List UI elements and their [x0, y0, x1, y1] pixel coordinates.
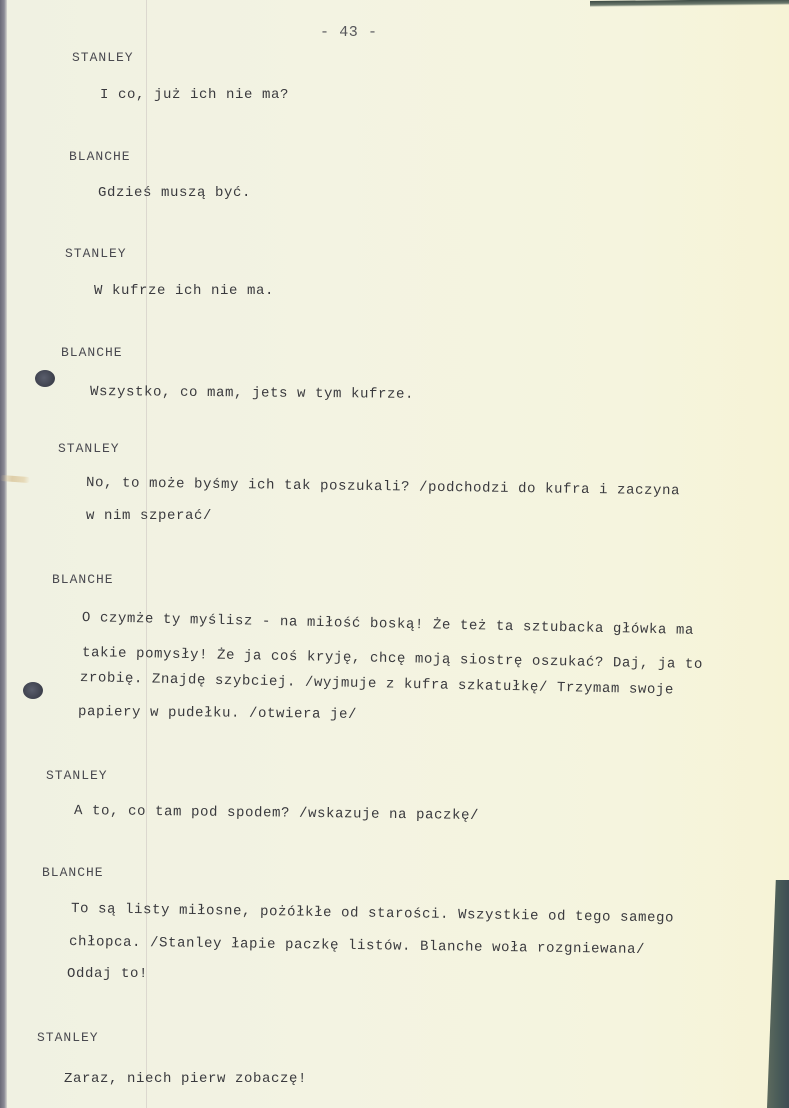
- dialogue-line: papiery w pudełku. /otwiera je/: [78, 704, 357, 723]
- speaker-name: STANLEY: [72, 50, 134, 65]
- speaker-name: BLANCHE: [69, 149, 131, 164]
- dialogue-line: A to, co tam pod spodem? /wskazuje na pa…: [74, 803, 479, 824]
- dialogue-line: Zaraz, niech pierw zobaczę!: [64, 1071, 307, 1087]
- dialogue-line: To są listy miłosne, pożółkłe od starośc…: [71, 901, 674, 926]
- page-number: - 43 -: [320, 24, 378, 41]
- dialogue-line: w nim szperać/: [86, 508, 212, 524]
- speaker-name: STANLEY: [46, 768, 108, 783]
- dialogue-line: I co, już ich nie ma?: [100, 87, 289, 103]
- punch-hole-icon: [23, 682, 43, 699]
- dialogue-line: No, to może byśmy ich tak poszukali? /po…: [86, 475, 680, 499]
- scan-top-edge: [590, 0, 789, 7]
- speaker-name: BLANCHE: [42, 865, 104, 880]
- dialogue-line: W kufrze ich nie ma.: [94, 283, 274, 299]
- speaker-name: STANLEY: [58, 441, 120, 456]
- dialogue-line: Gdzieś muszą być.: [98, 185, 251, 201]
- scan-right-edge: [767, 880, 789, 1108]
- punch-hole-icon: [35, 370, 55, 387]
- dialogue-line: zrobię. Znajdę szybciej. /wyjmuje z kufr…: [80, 670, 674, 698]
- scan-left-edge: [0, 0, 7, 1108]
- dialogue-line: O czymże ty myślisz - na miłość boską! Ż…: [82, 610, 694, 639]
- dialogue-line: Oddaj to!: [67, 966, 148, 982]
- dialogue-line: chłopca. /Stanley łapie paczkę listów. B…: [69, 934, 645, 958]
- dialogue-line: takie pomysły! Że ja coś kryję, chcę moj…: [82, 645, 703, 673]
- speaker-name: BLANCHE: [52, 572, 114, 587]
- typewritten-page: - 43 - STANLEY I co, już ich nie ma? BLA…: [0, 0, 789, 1108]
- speaker-name: BLANCHE: [61, 345, 123, 360]
- speaker-name: STANLEY: [65, 246, 127, 261]
- speaker-name: STANLEY: [37, 1030, 99, 1045]
- dialogue-line: Wszystko, co mam, jets w tym kufrze.: [90, 384, 414, 403]
